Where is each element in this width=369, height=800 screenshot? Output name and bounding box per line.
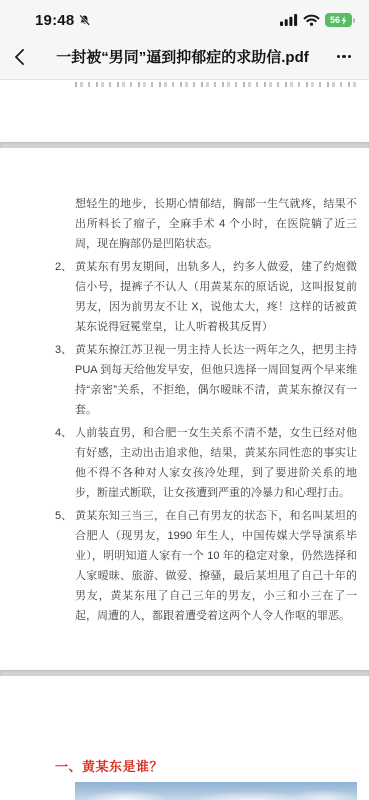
pdf-page-1: [0, 80, 369, 142]
paragraph-number: 3、: [55, 340, 75, 420]
charging-bolt-icon: [341, 16, 347, 25]
nav-bar: 一封被“男同”逼到抑郁症的求助信.pdf: [0, 34, 369, 80]
paragraph-number: 5、: [55, 506, 75, 626]
paragraph-item: 3、 黄某东撩江苏卫视一男主持人长达一两年之久，把男主持 PUA 到每天给他发早…: [55, 340, 357, 420]
clipped-text-line: [75, 82, 357, 87]
bell-slash-icon: [78, 14, 91, 27]
more-icon: [337, 55, 340, 58]
more-button[interactable]: [329, 42, 359, 72]
pdf-page-3: 一、黄某东是谁？: [0, 676, 369, 800]
paragraph-text: 想轻生的地步，长期心情郁结，胸部一生气就疼，结果不出所料长了瘤子，全麻手术 4 …: [75, 194, 357, 254]
pdf-viewer[interactable]: 想轻生的地步，长期心情郁结，胸部一生气就疼，结果不出所料长了瘤子，全麻手术 4 …: [0, 80, 369, 800]
sky-photo: [75, 782, 357, 800]
status-bar: 19:48: [0, 0, 369, 34]
paragraph-number: 2、: [55, 257, 75, 337]
cellular-signal-icon: [280, 14, 298, 26]
paragraph-item: 4、 人前装直男，和合肥一女生关系不清不楚，女生已经对他有好感，主动出击追求他，…: [55, 423, 357, 503]
time-label: 19:48: [35, 12, 74, 29]
status-left-cluster: 19:48: [35, 12, 91, 29]
paragraph-item: 5、 黄某东知三当三，在自己有男友的状态下，和名叫某坦的合肥人（现男友，1990…: [55, 506, 357, 626]
back-button[interactable]: [10, 42, 36, 72]
battery-charging-icon: 56: [325, 13, 355, 27]
paragraph-number: [55, 194, 75, 254]
paragraph-text: 黄某东撩江苏卫视一男主持人长达一两年之久，把男主持 PUA 到每天给他发早安，但…: [75, 340, 357, 420]
paragraph-number: 4、: [55, 423, 75, 503]
status-right-cluster: 56: [280, 13, 355, 27]
paragraph-text: 黄某东有男友期间，出轨多人，约多人做爱，建了约炮微信小号，提裤子不认人（用黄某东…: [75, 257, 357, 337]
chevron-left-icon: [15, 48, 32, 65]
paragraph-item: 2、 黄某东有男友期间，出轨多人，约多人做爱，建了约炮微信小号，提裤子不认人（用…: [55, 257, 357, 337]
paragraph-text: 人前装直男，和合肥一女生关系不清不楚，女生已经对他有好感，主动出击追求他，结果，…: [75, 423, 357, 503]
section-heading: 一、黄某东是谁？: [55, 756, 357, 775]
paragraph-item: 想轻生的地步，长期心情郁结，胸部一生气就疼，结果不出所料长了瘤子，全麻手术 4 …: [55, 194, 357, 254]
document-title: 一封被“男同”逼到抑郁症的求助信.pdf: [36, 46, 329, 67]
paragraph-text: 黄某东知三当三，在自己有男友的状态下，和名叫某坦的合肥人（现男友，1990 年生…: [75, 506, 357, 626]
pdf-page-2: 想轻生的地步，长期心情郁结，胸部一生气就疼，结果不出所料长了瘤子，全麻手术 4 …: [0, 148, 369, 670]
wifi-icon: [303, 14, 320, 26]
battery-percent-label: 56: [330, 16, 340, 25]
